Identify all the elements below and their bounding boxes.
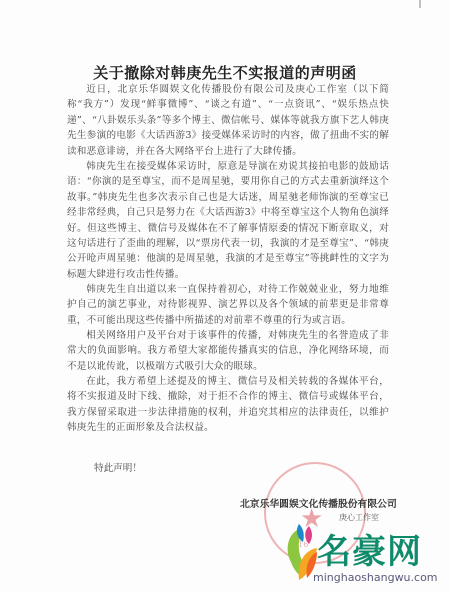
watermark-brand-name: 名豪网 <box>317 524 422 573</box>
paragraph-5: 在此，我方希望上述提及的博主、微信号及相关转载的各媒体平台，将不实报道及时下线、… <box>67 374 389 436</box>
paragraph-4: 相关网络用户及平台对于该事件的传播，对韩庚先生的名誉造成了非常大的负面影响。我方… <box>67 328 389 374</box>
paragraph-3: 韩庚先生自出道以来一直保持着初心，对待工作兢兢业业，努力地维护自己的演艺事业，对… <box>67 282 389 328</box>
paragraph-1: 近日，北京乐华圆娱文化传播股份有限公司及庚心工作室（以下简称“我方”）发现“鲜事… <box>67 82 389 159</box>
document-body: 近日，北京乐华圆娱文化传播股份有限公司及庚心工作室（以下简称“我方”）发现“鲜事… <box>67 82 389 436</box>
site-watermark: 名豪网 minghaoshangwu.com <box>283 520 450 591</box>
closing-statement: 特此声明！ <box>94 460 142 474</box>
document-page: 关于撤除对韩庚先生不实报道的声明函 近日，北京乐华圆娱文化传播股份有限公司及庚心… <box>0 0 450 591</box>
signature-company: 北京乐华圆娱文化传播股份有限公司 <box>240 496 397 510</box>
corner-mark <box>419 0 421 8</box>
paragraph-2: 韩庚先生在接受媒体采访时，原意是导演在劝说其接拍电影的鼓励话语：“你演的是至尊宝… <box>67 159 389 282</box>
watermark-url: minghaoshangwu.com <box>313 571 438 584</box>
document-title: 关于撤除对韩庚先生不实报道的声明函 <box>0 62 450 83</box>
